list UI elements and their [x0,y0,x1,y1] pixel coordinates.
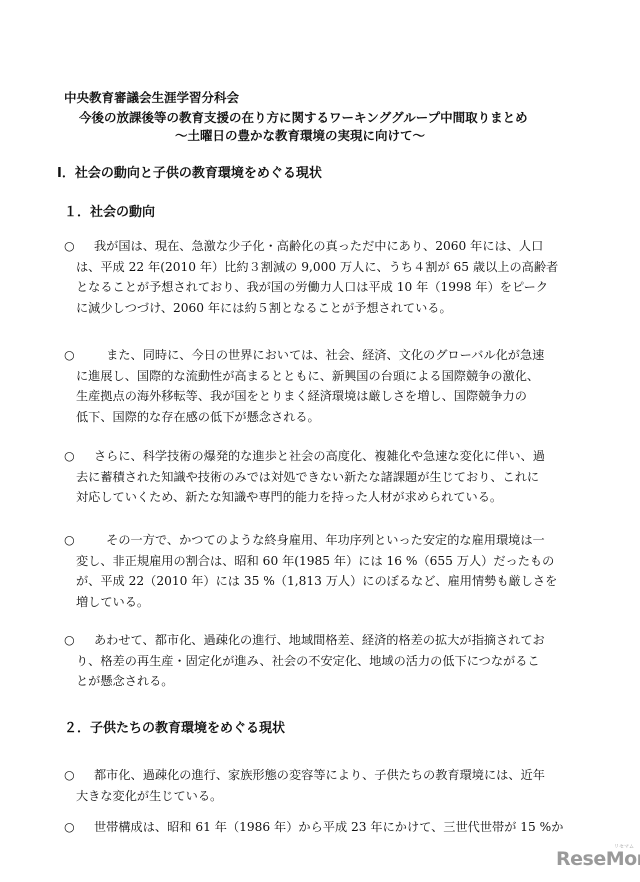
paragraph-line: あわせて、都市化、過疎化の進行、地域間格差、経済的格差の拡大が指摘されてお [64,630,604,651]
paragraph-line: 変し、非正規雇用の割合は、昭和 60 年(1985 年）には 16 %（655 … [64,551,604,572]
paragraph-line: 低下、国際的な存在感の低下が懸念される。 [64,407,604,428]
circle-bullet-icon: ○ [64,236,75,257]
circle-bullet-icon: ○ [64,765,75,786]
paragraph-line: 去に蓄積された知識や技術のみでは対処できない新たな諸課題が生じており、これに [64,467,604,488]
resemom-logo: ReseMom [556,848,640,870]
paragraph-line: に減少しつづけ、2060 年には約５割となることが予想されている。 [64,298,604,319]
paragraph-line: 生産拠点の海外移転等、我が国をとりまく経済環境は厳しさを増し、国際競争力の [64,386,604,407]
subsection-heading-social-trends: １．社会の動向 [64,201,155,220]
paragraph-line: その一方で、かつてのような終身雇用、年功序列といった安定的な雇用環境は一 [64,530,604,551]
paragraph-urbanization: ○ 都市化、過疎化の進行、家族形態の変容等により、子供たちの教育環境には、近年 … [64,765,604,806]
circle-bullet-icon: ○ [64,630,75,651]
subsection-heading-children-environment: ２．子供たちの教育環境をめぐる現状 [64,717,285,736]
paragraph-line: 大きな変化が生じている。 [64,786,604,807]
circle-bullet-icon: ○ [64,446,75,467]
section-heading-1: Ⅰ．社会の動向と子供の教育環境をめぐる現状 [57,162,322,181]
document-title: 今後の放課後等の教育支援の在り方に関するワーキンググループ中間取りまとめ [79,108,528,126]
paragraph-line: 都市化、過疎化の進行、家族形態の変容等により、子供たちの教育環境には、近年 [64,765,604,786]
paragraph-line: は、平成 22 年(2010 年）比約３割減の 9,000 万人に、うち４割が … [64,257,604,278]
paragraph-line: となることが予想されており、我が国の労働力人口は平成 10 年（1998 年）を… [64,277,604,298]
paragraph-line: 対応していくため、新たな知識や専門的能力を持った人材が求められている。 [64,487,604,508]
paragraph-household: ○ 世帯構成は、昭和 61 年（1986 年）から平成 23 年にかけて、三世代… [64,817,604,838]
paragraph-line: 世帯構成は、昭和 61 年（1986 年）から平成 23 年にかけて、三世代世帯… [64,817,604,838]
paragraph-population: ○ 我が国は、現在、急激な少子化・高齢化の真っただ中にあり、2060 年には、人… [64,236,604,318]
paragraph-line: とが懸念される。 [64,671,604,692]
committee-name: 中央教育審議会生涯学習分科会 [64,88,239,106]
paragraph-line: 我が国は、現在、急激な少子化・高齢化の真っただ中にあり、2060 年には、人口 [64,236,604,257]
circle-bullet-icon: ○ [64,530,75,551]
circle-bullet-icon: ○ [64,345,75,366]
paragraph-line: が、平成 22（2010 年）には 35 %（1,813 万人）にのぼるなど、雇… [64,571,604,592]
paragraph-line: に進展し、国際的な流動性が高まるとともに、新興国の台頭による国際競争の激化、 [64,366,604,387]
paragraph-disparity: ○ あわせて、都市化、過疎化の進行、地域間格差、経済的格差の拡大が指摘されてお … [64,630,604,692]
circle-bullet-icon: ○ [64,817,75,838]
document-subtitle: ～土曜日の豊かな教育環境の実現に向けて～ [175,126,425,144]
paragraph-line: り、格差の再生産・固定化が進み、社会の不安定化、地域の活力の低下につながるこ [64,651,604,672]
paragraph-line: 増している。 [64,592,604,613]
paragraph-line: また、同時に、今日の世界においては、社会、経済、文化のグローバル化が急速 [64,345,604,366]
paragraph-line: さらに、科学技術の爆発的な進歩と社会の高度化、複雑化や急速な変化に伴い、過 [64,446,604,467]
paragraph-employment: ○ その一方で、かつてのような終身雇用、年功序列といった安定的な雇用環境は一 変… [64,530,604,612]
paragraph-science-technology: ○ さらに、科学技術の爆発的な進歩と社会の高度化、複雑化や急速な変化に伴い、過 … [64,446,604,508]
paragraph-globalization: ○ また、同時に、今日の世界においては、社会、経済、文化のグローバル化が急速 に… [64,345,604,427]
